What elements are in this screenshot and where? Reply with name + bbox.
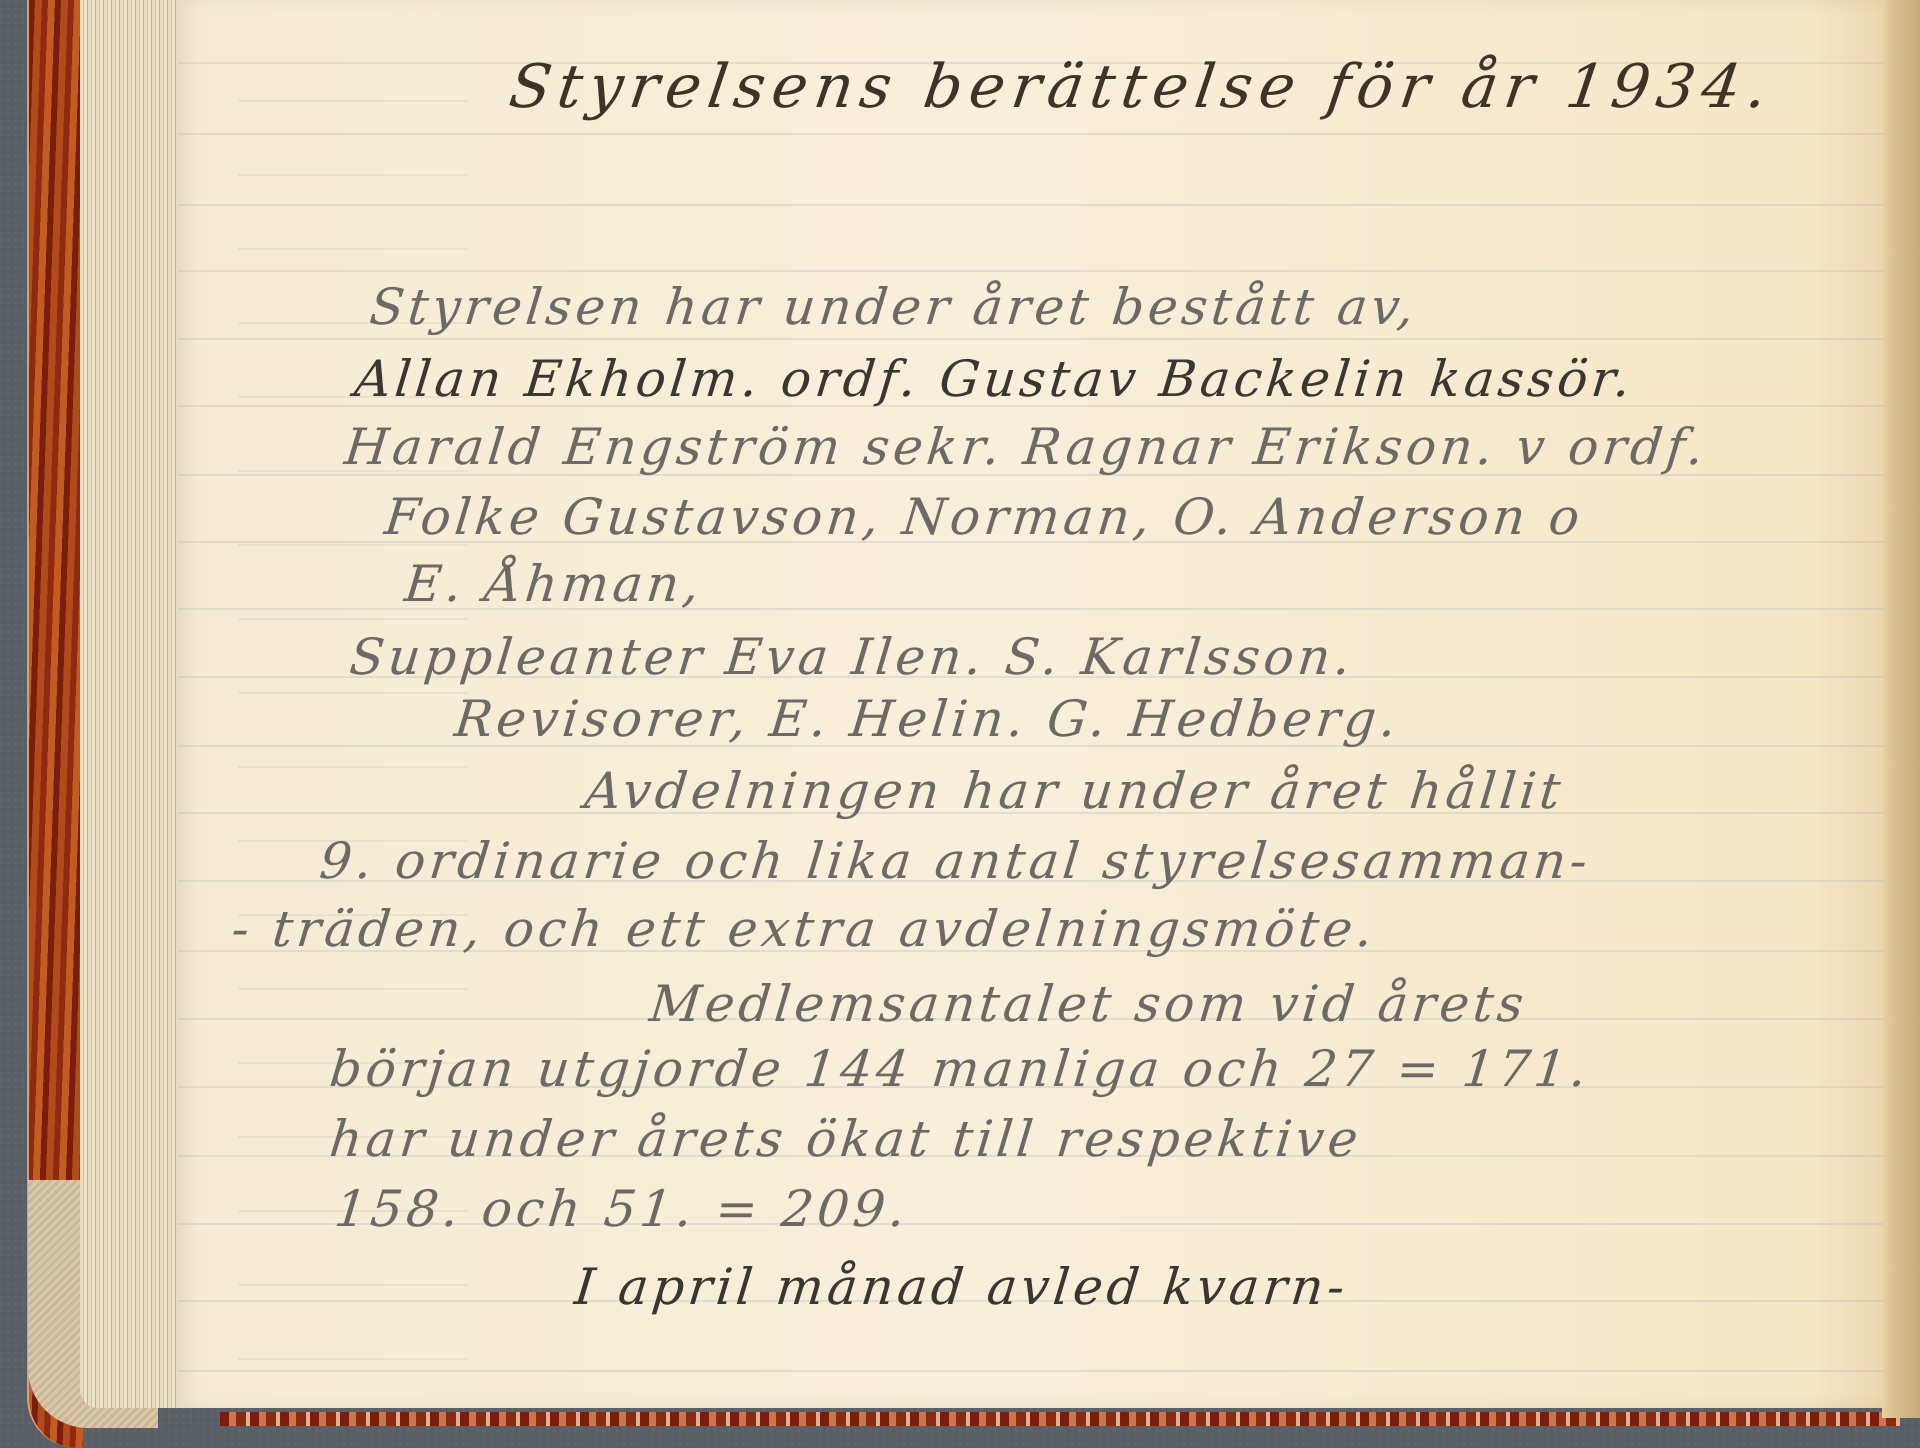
text-line-13: har under årets ökat till respektive xyxy=(327,1110,1365,1168)
book-cover-bottom-edge xyxy=(220,1412,1900,1426)
text-line-3: Harald Engström sekr. Ragnar Erikson. v … xyxy=(342,418,1710,476)
ruled-line xyxy=(178,1370,1883,1372)
text-line-14: 158. och 51. = 209. xyxy=(332,1180,912,1238)
ruled-line xyxy=(178,133,1883,135)
ruled-line xyxy=(178,270,1883,272)
text-line-10: - träden, och ett extra avdelningsmöte. xyxy=(229,900,1379,958)
ruled-line xyxy=(178,204,1883,206)
text-line-9: 9. ordinarie och lika antal styrelsesamm… xyxy=(317,832,1594,890)
text-line-2: Allan Ekholm. ordf. Gustav Backelin kass… xyxy=(352,350,1637,408)
ruled-line xyxy=(178,338,1883,340)
text-line-7: Revisorer, E. Helin. G. Hedberg. xyxy=(452,690,1403,748)
page-stack-edge xyxy=(80,0,180,1408)
text-line-6: Suppleanter Eva Ilen. S. Karlsson. xyxy=(347,628,1357,686)
text-line-11: Medlemsantalet som vid årets xyxy=(647,975,1530,1033)
text-line-15: I april månad avled kvarn- xyxy=(572,1258,1351,1316)
text-line-4: Folke Gustavson, Norman, O. Anderson o xyxy=(382,488,1586,546)
text-line-8: Avdelningen har under året hållit xyxy=(582,762,1567,820)
text-line-1: Styrelsen har under året bestått av, xyxy=(367,278,1421,336)
text-line-12: början utgjorde 144 manliga och 27 = 171… xyxy=(327,1040,1593,1098)
page-title: Styrelsens berättelse för år 1934. xyxy=(505,52,1778,122)
page-fore-edge xyxy=(1882,0,1920,1418)
text-line-5: E. Åhman, xyxy=(402,555,706,613)
